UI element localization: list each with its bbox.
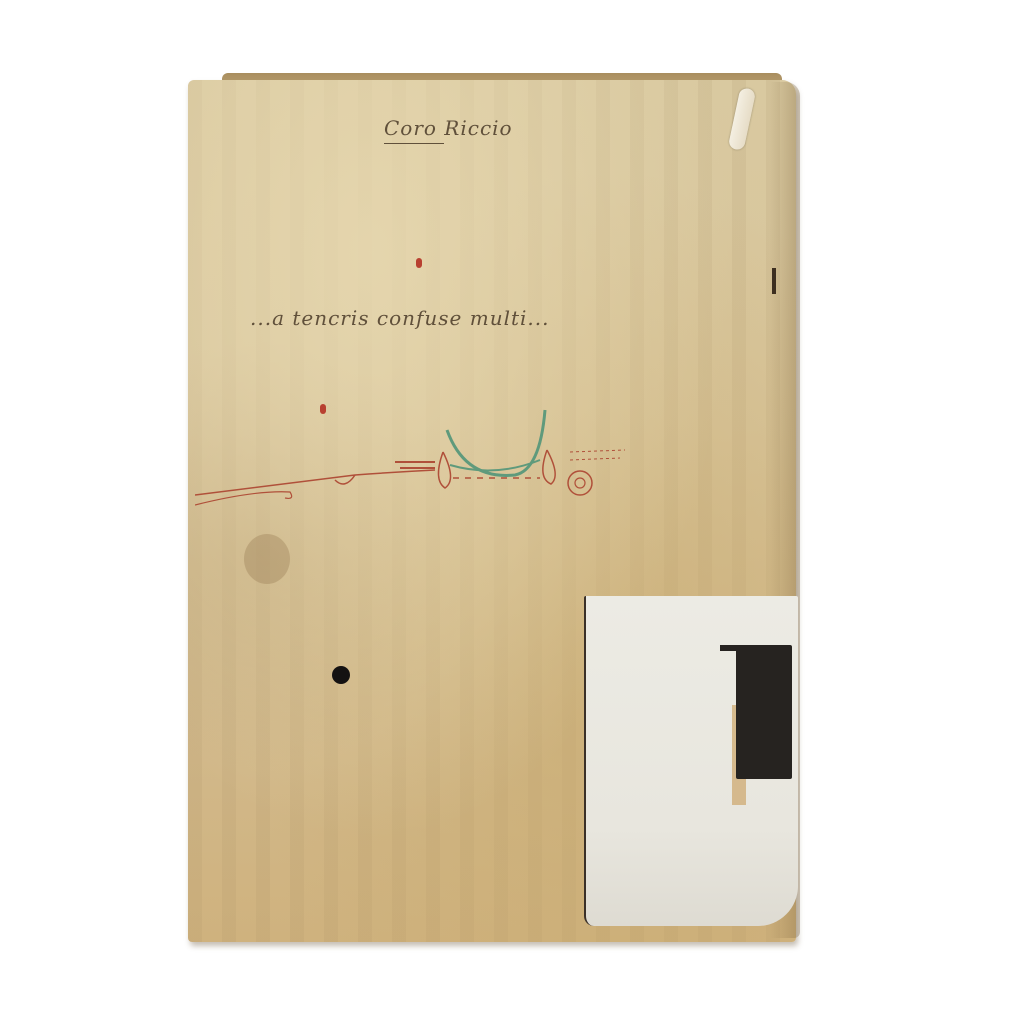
- label-black-letter: [736, 645, 792, 779]
- edge-ink-mark: [772, 268, 776, 294]
- water-stain: [244, 534, 290, 584]
- red-ink-mark: [416, 258, 422, 268]
- title-inscription: Coro Riccio: [384, 116, 513, 140]
- cursive-inscription: ...a tencris confuse multi...: [250, 306, 550, 330]
- pen-flourish: [195, 380, 655, 530]
- ink-blot: [332, 666, 350, 684]
